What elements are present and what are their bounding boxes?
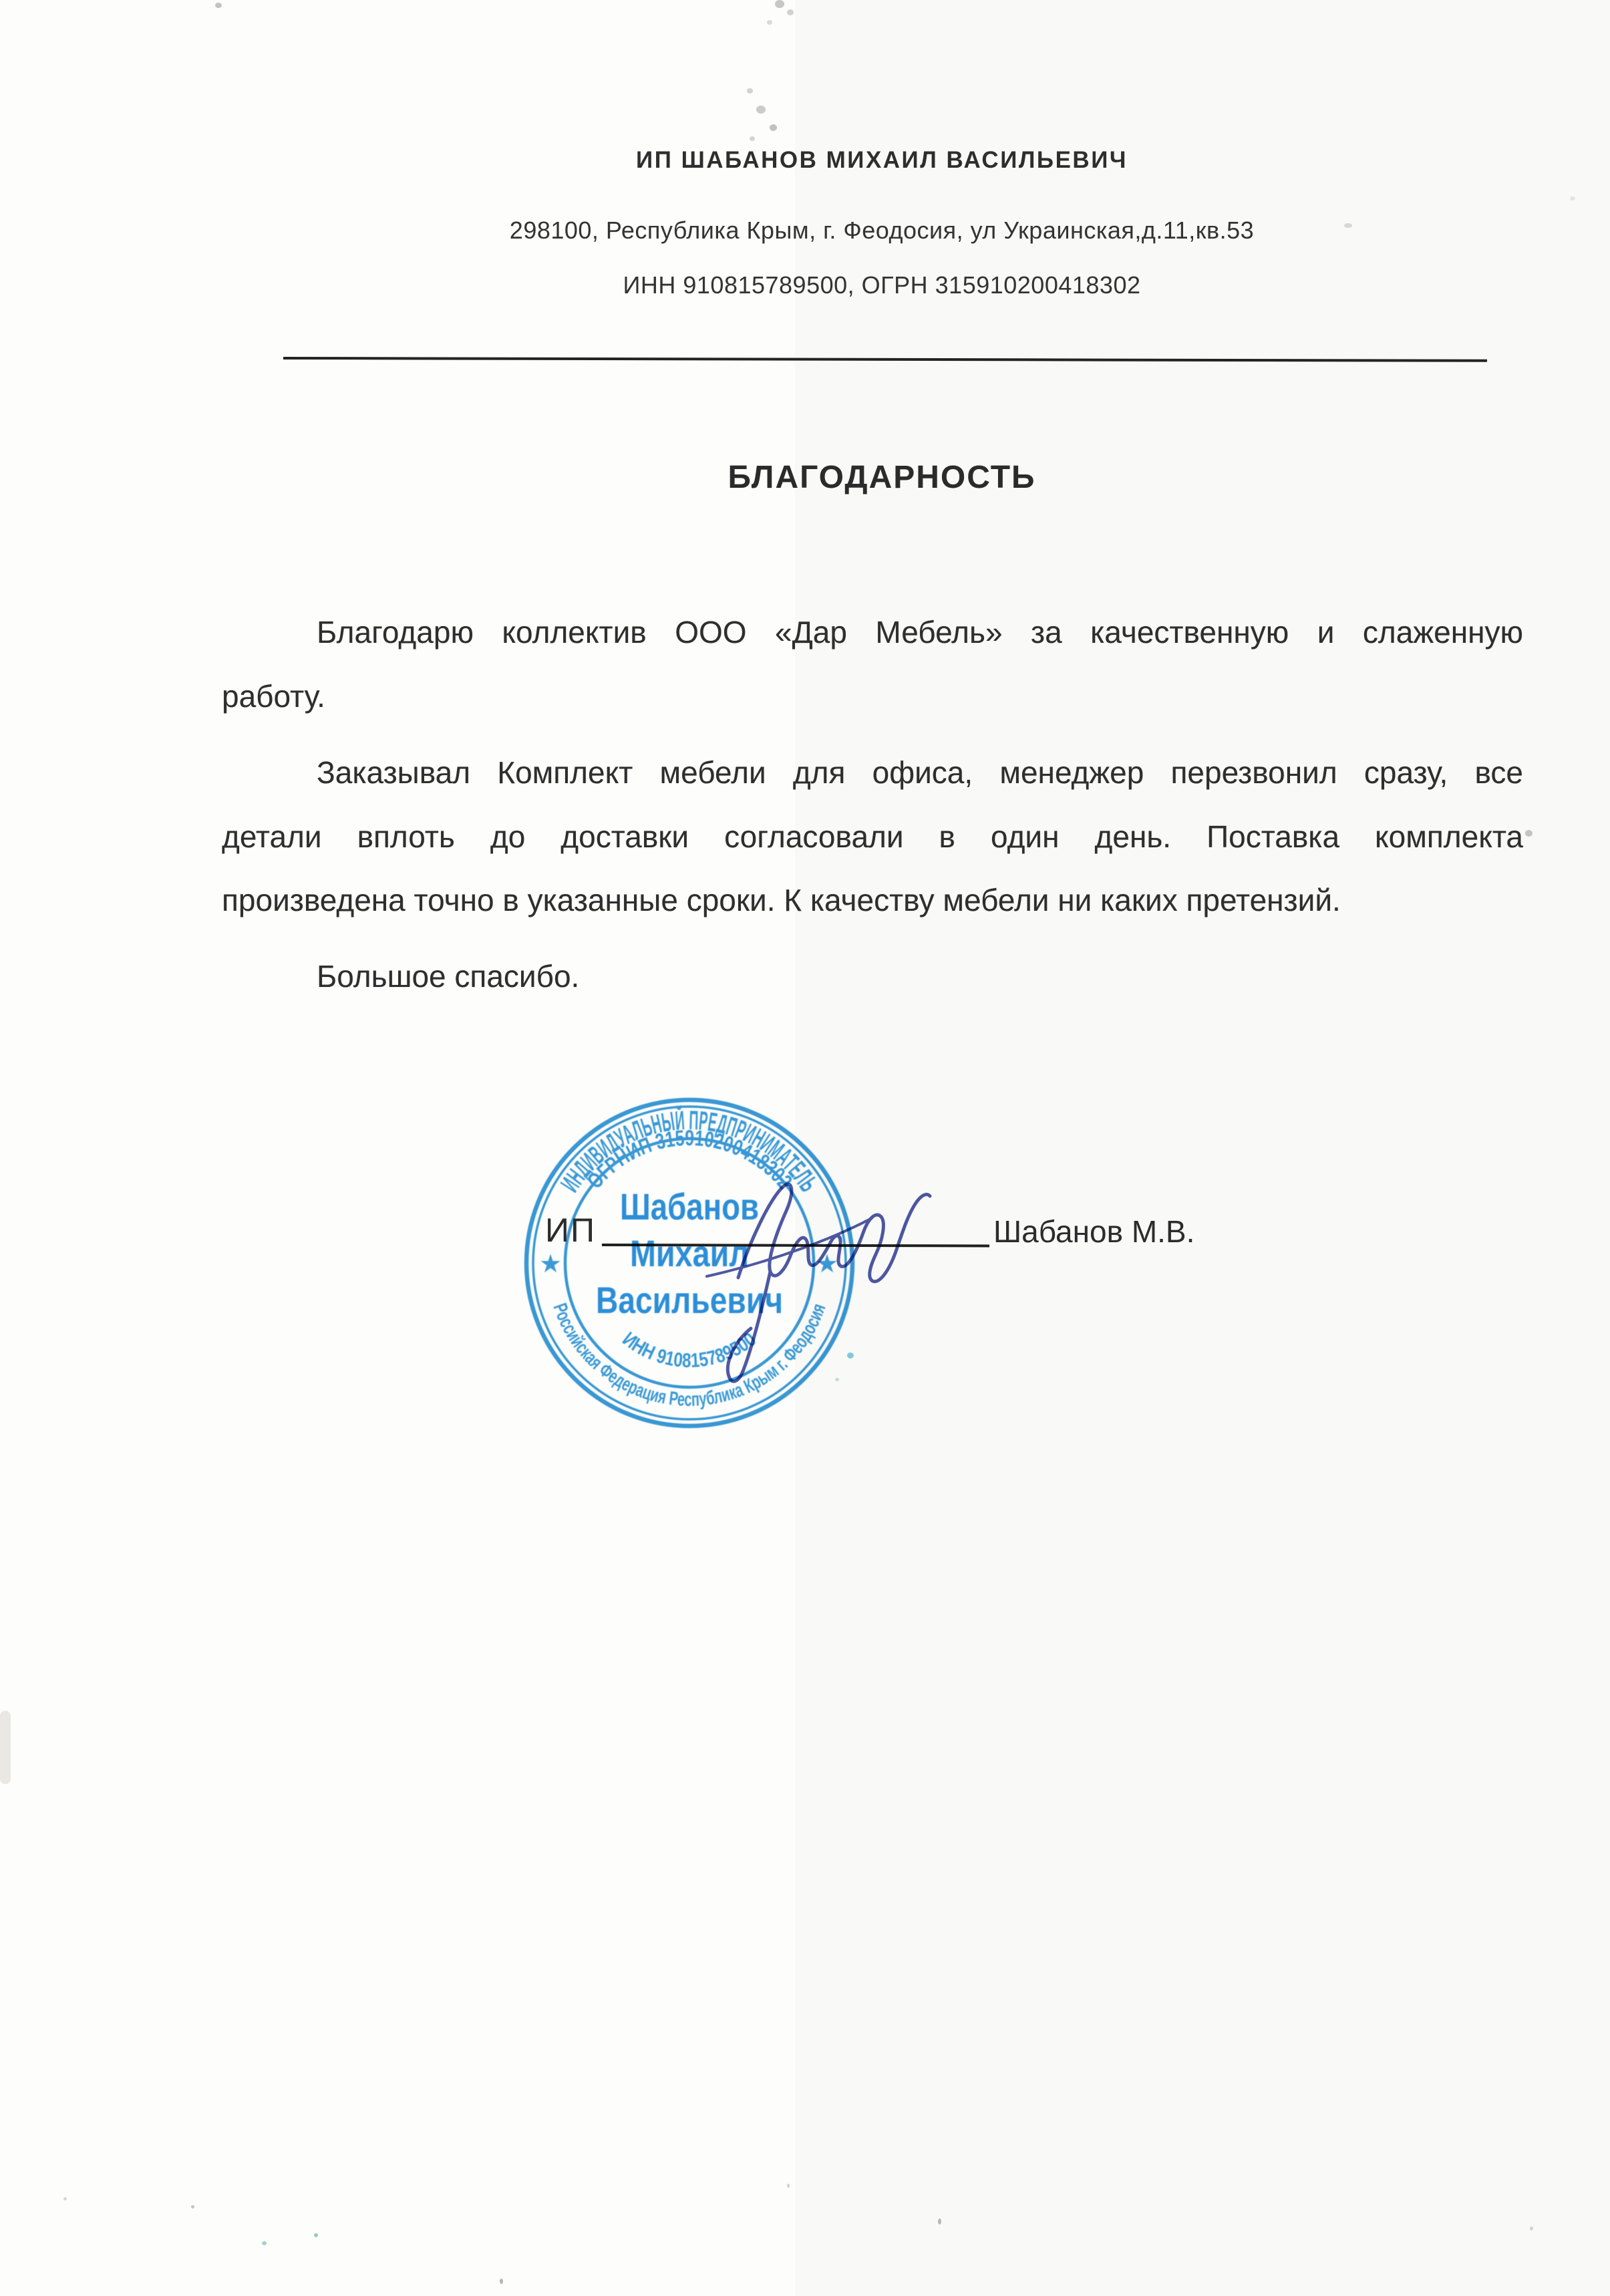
scan-smudge-left-edge [0,1711,11,1784]
closing-line: Большое спасибо. [222,958,1523,996]
scan-speck [215,3,222,8]
scan-speck [770,124,777,131]
scan-speck [314,2233,318,2237]
document-title: БЛАГОДАРНОСТЬ [154,459,1610,496]
scan-speck [787,9,794,15]
scan-speck [1570,196,1575,200]
scan-speck [500,2279,503,2284]
scan-speck [938,2218,941,2225]
letterhead-registration: ИНН 910815789500, ОГРН 315910200418302 [154,271,1610,299]
signature-stroke-tail [728,1272,770,1381]
paragraph-2-line-2: детали вплоть до доставки согласовали в … [222,818,1523,857]
scan-speck [787,2184,790,2188]
handwritten-signature [635,1146,955,1413]
scan-speck [756,106,766,114]
scan-speck [1525,830,1533,837]
signature-prefix: ИП [545,1211,596,1250]
paragraph-1-line-2: работу. [222,678,1523,716]
letterhead-name: ИП ШАБАНОВ МИХАИЛ ВАСИЛЬЕВИЧ [154,147,1610,174]
signature-stroke-cross [707,1218,872,1276]
paragraph-1-line-1: Благодарю коллектив ООО «Дар Мебель» за … [222,613,1523,652]
scan-speck [191,2205,194,2208]
scan-speck [262,2241,267,2245]
scan-speck [750,136,755,141]
signature-name: Шабанов М.В. [993,1213,1194,1250]
scan-speck [775,0,784,8]
paragraph-2-line-1: Заказывал Комплект мебели для офиса, мен… [222,754,1523,793]
scanned-letter-page: ИП ШАБАНОВ МИХАИЛ ВАСИЛЬЕВИЧ 298100, Рес… [0,0,1610,2296]
star-left-icon: ★ [539,1250,562,1278]
scan-speck [63,2197,67,2200]
signature-stroke-main [738,1184,930,1282]
scan-speck [835,1378,839,1381]
letterhead-address: 298100, Республика Крым, г. Феодосия, ул… [154,217,1610,245]
scan-speck [747,88,753,94]
scan-speck [1530,2227,1533,2231]
paragraph-2-line-3: произведена точно в указанные сроки. К к… [222,881,1523,920]
scan-speck [847,1352,854,1358]
scan-speck [767,20,772,25]
scan-speck [1344,223,1352,228]
